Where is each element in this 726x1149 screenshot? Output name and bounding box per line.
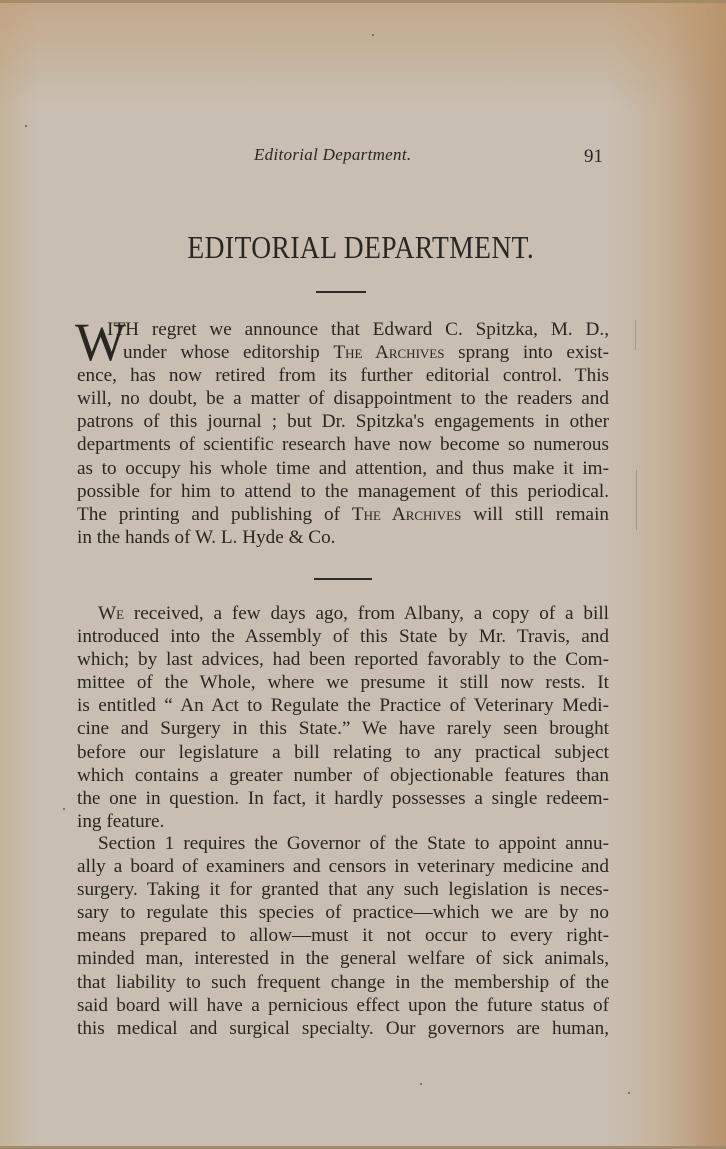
text-line: sary to regulate this species of practic…: [77, 901, 609, 924]
text-line: as to occupy his whole time and attentio…: [77, 457, 609, 480]
text-line: means prepared to allow—must it not occu…: [77, 924, 609, 947]
text-line: introduced into the Assembly of this Sta…: [77, 625, 609, 648]
text-line: departments of scientific research have …: [77, 433, 609, 456]
title-rule: [316, 291, 366, 293]
text-line: under whose editorship The Archives spra…: [77, 341, 609, 364]
journal-name: The Archives: [352, 504, 461, 525]
text-line: ing feature.: [77, 810, 609, 833]
text-line: The printing and publishing of The Archi…: [77, 503, 609, 526]
text-line: before our legislature a bill relating t…: [77, 741, 609, 764]
paper-speck: [372, 34, 374, 36]
text-line: this medical and surgical specialty. Our…: [77, 1017, 609, 1040]
text-line: minded man, interested in the general we…: [77, 947, 609, 970]
running-head: Editorial Department. 91: [0, 145, 726, 169]
text-line: cine and Surgery in this State.” We have…: [77, 717, 609, 740]
book-page: Editorial Department. 91 EDITORIAL DEPAR…: [0, 0, 726, 1149]
paragraph-section-one: Section 1 requires the Governor of the S…: [77, 832, 609, 1040]
text-line: that liability to such frequent change i…: [77, 971, 609, 994]
section-divider-rule: [314, 578, 372, 580]
text-line: will, no doubt, be a matter of disappoin…: [77, 387, 609, 410]
text-line: which contains a greater number of objec…: [77, 764, 609, 787]
text-line: ally a board of examiners and censors in…: [77, 855, 609, 878]
paper-speck: [63, 808, 65, 810]
paragraph-veterinary-bill: We received, a few days ago, from Albany…: [77, 602, 609, 833]
running-head-title: Editorial Department.: [254, 145, 411, 165]
text-line: surgery. Taking it for granted that any …: [77, 878, 609, 901]
paper-speck: [420, 1083, 422, 1085]
text-line: which; by last advices, had been reporte…: [77, 648, 609, 671]
paper-speck: [25, 125, 27, 127]
paragraph-retirement-notice: W ITH regret we announce that Edward C. …: [77, 318, 609, 549]
text-line: is entitled “ An Act to Regulate the Pra…: [77, 694, 609, 717]
text-line: said board will have a pernicious effect…: [77, 994, 609, 1017]
section-title: EDITORIAL DEPARTMENT.: [49, 229, 673, 266]
text-line: patrons of this journal ; but Dr. Spitzk…: [77, 410, 609, 433]
text-line: mittee of the Whole, where we presume it…: [77, 671, 609, 694]
text-line: in the hands of W. L. Hyde & Co.: [77, 526, 609, 549]
drop-cap: W: [75, 319, 126, 365]
page-top-edge: [0, 0, 726, 3]
journal-name: The Archives: [333, 342, 444, 363]
paper-speck: [628, 1092, 630, 1094]
text-line: ITH regret we announce that Edward C. Sp…: [77, 318, 609, 341]
text-line: We received, a few days ago, from Albany…: [77, 602, 609, 625]
paper-crease: [635, 320, 636, 350]
text-line: the one in question. In fact, it hardly …: [77, 787, 609, 810]
paper-crease: [636, 470, 637, 530]
text-line: Section 1 requires the Governor of the S…: [77, 832, 609, 855]
text-line: ence, has now retired from its further e…: [77, 364, 609, 387]
page-number: 91: [584, 146, 603, 168]
text-line: possible for him to attend to the manage…: [77, 480, 609, 503]
